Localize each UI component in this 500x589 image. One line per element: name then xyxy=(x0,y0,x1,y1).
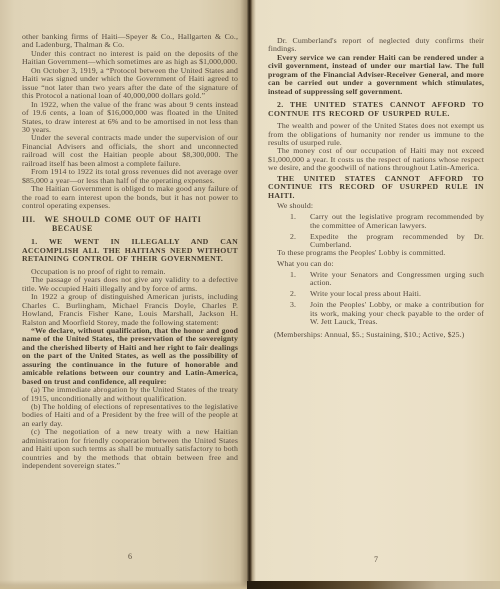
page-number-left: 6 xyxy=(22,552,238,561)
quotation-paragraph: “We declare, without qualification, that… xyxy=(22,327,238,386)
memberships-paragraph: (Memberships: Annual, $5.; Sustaining, $… xyxy=(268,331,484,339)
page-number-right: 7 xyxy=(268,555,484,564)
what-you-can-do-label: What you can do: xyxy=(268,260,484,268)
section-subtitle: BECAUSE xyxy=(22,225,238,233)
we-should-label: We should: xyxy=(268,202,484,210)
paragraph: other banking firms of Haiti—Speyer & Co… xyxy=(22,33,238,50)
right-page: Dr. Cumberland's report of neglected dut… xyxy=(248,0,500,589)
list-item: 2. Write your local press about Haiti. xyxy=(268,290,484,298)
emphasis-caps-paragraph: THE UNITED STATES CANNOT AFFORD TO CONTI… xyxy=(268,175,484,200)
list-item-number: 1. xyxy=(290,213,310,230)
paragraph: Under this contract no interest is paid … xyxy=(22,50,238,67)
list-item-number: 1. xyxy=(290,271,310,288)
section-numeral: III. xyxy=(22,215,35,224)
book-spread: other banking firms of Haiti—Speyer & Co… xyxy=(0,0,500,589)
quote-point-b: (b) The holding of elections of represen… xyxy=(22,403,238,428)
paragraph: From 1914 to 1922 its total gross revenu… xyxy=(22,168,238,185)
paragraph: In 1922 a group of distinguished America… xyxy=(22,293,238,327)
section-heading: 2. THE UNITED STATES CANNOT AFFORD TO CO… xyxy=(268,101,484,118)
list-item-number: 2. xyxy=(290,290,310,298)
paragraph: Dr. Cumberland's report of neglected dut… xyxy=(268,37,484,54)
paragraph: Under the several contracts made under t… xyxy=(22,134,238,168)
list-item: 1. Write your Senators and Congressmen u… xyxy=(268,271,484,288)
section-title: WE SHOULD COME OUT OF HAITI xyxy=(44,215,201,224)
list-item-text: Expedite the program recommended by Dr. … xyxy=(310,233,484,250)
paragraph: In 1922, when the value of the franc was… xyxy=(22,101,238,135)
list-item-text: Write your Senators and Congressmen urgi… xyxy=(310,271,484,288)
list-item: 2. Expedite the program recommended by D… xyxy=(268,233,484,250)
section-heading: III.WE SHOULD COME OUT OF HAITI xyxy=(22,216,238,224)
quote-point-a: (a) The immediate abrogation by the Unit… xyxy=(22,386,238,403)
left-page: other banking firms of Haiti—Speyer & Co… xyxy=(0,0,248,589)
right-page-text-column: Dr. Cumberland's report of neglected dut… xyxy=(268,37,484,339)
list-item: 3. Join the Peoples' Lobby, or make a co… xyxy=(268,301,484,326)
paragraph: On October 3, 1919, a “Protocol between … xyxy=(22,67,238,101)
paragraph: The passage of years does not give any v… xyxy=(22,276,238,293)
quote-point-c: (c) The negotiation of a new treaty with… xyxy=(22,428,238,470)
paragraph: The wealth and power of the United State… xyxy=(268,122,484,147)
emphasis-paragraph: Every service we can render Haiti can be… xyxy=(268,54,484,96)
left-page-text-column: other banking firms of Haiti—Speyer & Co… xyxy=(22,33,238,471)
paragraph: The Haitian Government is obliged to mak… xyxy=(22,185,238,210)
list-item: 1. Carry out the legislative program rec… xyxy=(268,213,484,230)
list-item-text: Carry out the legislative program recomm… xyxy=(310,213,484,230)
paragraph: To these programs the Peoples' Lobby is … xyxy=(268,249,484,257)
list-item-number: 3. xyxy=(290,301,310,326)
list-item-text: Join the Peoples' Lobby, or make a contr… xyxy=(310,301,484,326)
list-item-number: 2. xyxy=(290,233,310,250)
paragraph: The money cost of our occupation of Hait… xyxy=(268,147,484,172)
subsection-heading: 1. WE WENT IN ILLEGALLY AND CAN ACCOMPLI… xyxy=(22,238,238,263)
list-item-text: Write your local press about Haiti. xyxy=(310,290,484,298)
